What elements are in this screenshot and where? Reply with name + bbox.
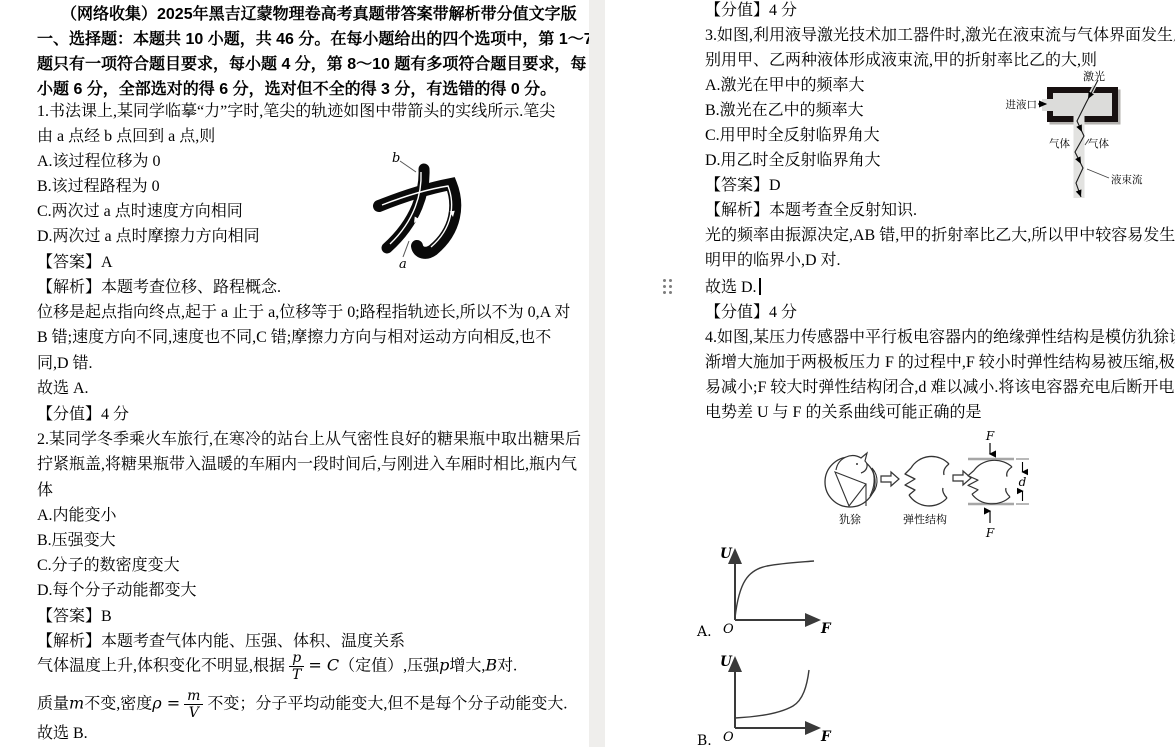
q2-stem-2: 拧紧瓶盖,将糖果瓶带入温暖的车厢内一段时间后,与刚进入车厢时相比,瓶内气 xyxy=(37,454,577,475)
q1-option-b: B.该过程路程为 0 xyxy=(37,176,160,197)
q1-analysis-3: B 错;速度方向不同,速度也不同,C 错;摩擦力方向与相对运动方向相反,也不 xyxy=(37,327,551,348)
li-stroke-pie xyxy=(387,169,424,248)
q3-analysis-1: 【解析】本题考查全反射知识. xyxy=(705,200,917,221)
q2-option-d: D.每个分子动能都变大 xyxy=(37,580,197,601)
paragraph-drag-handle-icon[interactable] xyxy=(663,279,672,294)
label-u: U xyxy=(720,546,733,562)
q2-analysis-formula-1: 气体温度上升,体积变化不明显,根据pT= C（定值）,压强p增大,B对. xyxy=(37,650,517,683)
curve-exponential xyxy=(735,670,809,718)
label-o: O xyxy=(723,622,734,637)
math-text: = C xyxy=(308,655,339,674)
math-text: B xyxy=(485,655,497,674)
option-b-tag: B. xyxy=(697,733,712,747)
label-elastic-structure: 弹性结构 xyxy=(903,512,947,526)
doc-title: （网络收集）2025年黑吉辽蒙物理卷高考真题带答案带解析带分值文字版 xyxy=(61,4,577,25)
curve-saturating xyxy=(735,561,814,618)
section-intro-3: 小题 6 分，全部选对的得 6 分，选对但不全的得 3 分，有选错的得 0 分。 xyxy=(37,79,556,100)
label-f: F xyxy=(820,621,832,637)
q2-option-c: C.分子的数密度变大 xyxy=(37,555,180,576)
q1-option-d: D.两次过 a 点时摩擦力方向相同 xyxy=(37,226,260,247)
q1-option-c: C.两次过 a 点时速度方向相同 xyxy=(37,201,243,222)
q4-graph-option-a: U F O A. xyxy=(693,540,833,638)
body-text: 不变；分子平均动能变大,但不是每个分子动能变大. xyxy=(207,695,567,712)
q2-analysis-formula-2: 质量m不变,密度ρ =mV不变；分子平均动能变大,但不是每个分子动能变大. xyxy=(37,688,567,721)
q2-analysis-1: 【解析】本题考查气体内能、压强、体积、温度关系 xyxy=(37,631,405,652)
q4-stem-2: 渐增大施加于两极板压力 F 的过程中,F 较小时弹性结构易被压缩,极板间距 d … xyxy=(705,352,1175,373)
inlet-opening xyxy=(1042,99,1055,111)
q1-conclusion: 故选 A. xyxy=(37,378,89,399)
leader-line-stream xyxy=(1087,169,1109,178)
q1-analysis-2: 位移是起点指向终点,起于 a 止于 a,位移等于 0;路程指轨迹长,所以不为 0… xyxy=(37,302,570,323)
document-canvas: （网络收集）2025年黑吉辽蒙物理卷高考真题带答案带解析带分值文字版一、选择题：… xyxy=(0,0,1175,747)
q2-conclusion: 故选 B. xyxy=(37,723,88,744)
q3-analysis-3: 明甲的临界小,D 对. xyxy=(705,250,841,271)
elastic-structure-compressed xyxy=(968,460,1012,504)
page-1[interactable]: （网络收集）2025年黑吉辽蒙物理卷高考真题带答案带解析带分值文字版一、选择题：… xyxy=(0,0,589,747)
page-gap xyxy=(589,0,605,747)
q4-stem-1: 4.如图,某压力传感器中平行板电容器内的绝缘弹性结构是模仿犰狳设计的,逐 xyxy=(705,327,1175,348)
q3-option-d: D.用乙时全反射临界角大 xyxy=(705,150,881,171)
transform-arrow-2 xyxy=(953,471,971,485)
q1-analysis-1: 【解析】本题考查位移、路程概念. xyxy=(37,277,281,298)
q3-figure-laser-nozzle: 激光 进液口 气体 气体 液束流 xyxy=(985,66,1175,211)
label-gas-right: 气体 xyxy=(1088,137,1110,150)
section-intro-1: 一、选择题：本题共 10 小题，共 46 分。在每小题给出的四个选项中，第 1～… xyxy=(37,29,589,50)
q3-stem-1: 3.如图,利用液导激光技术加工器件时,激光在液束流与气体界面发生反射.若分 xyxy=(705,25,1175,46)
label-b: b xyxy=(392,151,400,166)
q4-figure-armadillo-sensor: 犰狳 弹性结构 F F d xyxy=(808,428,1053,540)
q2-score: 【分值】4 分 xyxy=(705,0,797,21)
q1-option-a: A.该过程位移为 0 xyxy=(37,151,161,172)
label-f-bottom: F xyxy=(985,526,995,540)
math-fraction: pT xyxy=(289,650,304,683)
math-text: ρ = xyxy=(152,693,180,712)
body-text: 质量 xyxy=(37,695,69,712)
body-text: 增大, xyxy=(449,657,485,674)
label-inlet: 进液口 xyxy=(1006,98,1038,111)
q2-option-a: A.内能变小 xyxy=(37,505,117,526)
text-cursor xyxy=(759,278,761,295)
q3-answer: 【答案】D xyxy=(705,175,781,196)
math-fraction: mV xyxy=(184,688,203,721)
label-f-top: F xyxy=(985,429,995,443)
body-text: 对. xyxy=(497,657,517,674)
math-text: p xyxy=(439,655,449,674)
label-laser: 激光 xyxy=(1083,69,1105,83)
label-o: O xyxy=(723,730,734,745)
q4-stem-4: 电势差 U 与 F 的关系曲线可能正确的是 xyxy=(705,402,981,423)
q2-option-b: B.压强变大 xyxy=(37,530,116,551)
label-d: d xyxy=(1019,475,1027,489)
armadillo-drawing xyxy=(825,453,877,507)
math-text: m xyxy=(69,693,84,712)
section-intro-2: 题只有一项符合题目要求，每小题 4 分，第 8～10 题有多项符合题目要求，每 xyxy=(37,54,586,75)
label-a: a xyxy=(399,257,407,272)
q1-analysis-4: 同,D 错. xyxy=(37,353,93,374)
nozzle-chamber xyxy=(1053,93,1112,116)
q1-stem-1: 1.书法课上,某同学临摹“力”字时,笔尖的轨迹如图中带箭头的实线所示.笔尖 xyxy=(37,101,555,122)
q3-analysis-2: 光的频率由振源决定,AB 错,甲的折射率比乙大,所以甲中较容易发生全反射,说 xyxy=(705,225,1175,246)
label-gas-left: 气体 xyxy=(1049,137,1071,150)
q3-score: 【分值】4 分 xyxy=(705,302,797,323)
q4-graph-option-b: U F O B. xyxy=(693,648,833,747)
leader-line-a xyxy=(403,241,409,257)
leader-line-b xyxy=(400,161,416,172)
label-armadillo: 犰狳 xyxy=(839,512,861,526)
q1-score: 【分值】4 分 xyxy=(37,404,129,425)
option-a-tag: A. xyxy=(696,624,712,638)
q1-stem-2: 由 a 点经 b 点回到 a 点,则 xyxy=(37,126,215,147)
q3-option-c: C.用甲时全反射临界角大 xyxy=(705,125,880,146)
q4-stem-3: 易减小;F 较大时弹性结构闭合,d 难以减小.将该电容器充电后断开电源,极板间 xyxy=(705,377,1175,398)
transform-arrow-1 xyxy=(881,472,899,486)
label-f: F xyxy=(820,729,832,745)
q1-figure-li-character: b a xyxy=(362,145,494,273)
q2-stem-3: 体 xyxy=(37,480,53,501)
label-stream: 液束流 xyxy=(1111,173,1143,186)
elastic-structure-drawing xyxy=(905,456,949,506)
q3-option-b: B.激光在乙中的频率大 xyxy=(705,100,864,121)
body-text: 不变,密度 xyxy=(84,695,152,712)
label-u: U xyxy=(720,654,733,670)
body-text: 气体温度上升,体积变化不明显,根据 xyxy=(37,657,285,674)
q2-stem-1: 2.某同学冬季乘火车旅行,在寒冷的站台上从气密性良好的糖果瓶中取出糖果后 xyxy=(37,429,581,450)
q1-answer: 【答案】A xyxy=(37,252,113,273)
q3-option-a: A.激光在甲中的频率大 xyxy=(705,75,865,96)
page-2[interactable]: 【分值】4 分3.如图,利用液导激光技术加工器件时,激光在液束流与气体界面发生反… xyxy=(605,0,1175,747)
body-text: （定值）,压强 xyxy=(339,657,439,674)
q3-conclusion: 故选 D. xyxy=(705,277,761,298)
q2-answer: 【答案】B xyxy=(37,606,112,627)
